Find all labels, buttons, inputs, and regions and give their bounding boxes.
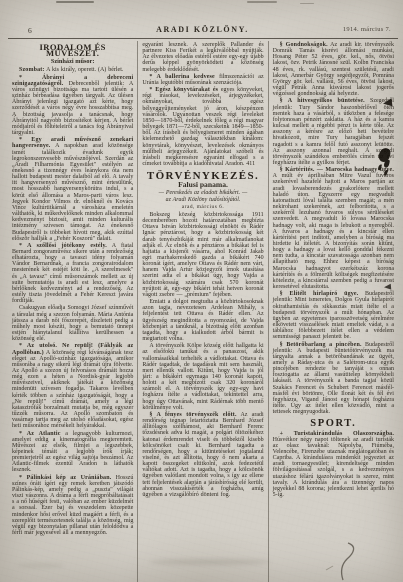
- header-rule: [8, 38, 398, 39]
- scan-smudge: [150, 559, 270, 565]
- column-middle: egyaránt lesznek. A szereplők Pallander …: [137, 41, 267, 582]
- issue-date: 1914. március 7.: [343, 26, 391, 33]
- article-paragraph: § Kártérítés. — Marocska hadnagy ügye. A…: [273, 167, 394, 290]
- section-title-irodalom: IRODALOM ÉS MŰVÉSZET.: [12, 44, 133, 56]
- column-right: § Gondnokságok. Az aradi kir. törvényszé…: [268, 41, 398, 582]
- article-paragraph: * Az Atlantic a legnagyobb kulturmozi, a…: [12, 431, 133, 474]
- ink-mark: [382, 98, 392, 107]
- article-paragraph: * Ábrányi a debreceni szinigazgatóságról…: [12, 75, 133, 137]
- masthead-title: ARADI KÖZLÖNY.: [10, 25, 395, 34]
- section-title-torvenykezes: TÖRVÉNYKEZÉS.: [142, 173, 263, 179]
- article-paragraph: Emiatt a dolgot megtudta a közbirtokosok…: [142, 299, 263, 342]
- article-subtitle: — Pereskedés az eladott bikákért. —: [142, 190, 263, 196]
- article-dateline: arad, március 6.: [142, 204, 263, 210]
- article-paragraph: * Pálinkási kép az Urániában. Hosszú szí…: [12, 475, 133, 537]
- article-byline: az Aradi Közlöny tudósítójától.: [142, 197, 263, 203]
- article-paragraph: § Gondnokságok. Az aradi kir. törvényszé…: [273, 42, 394, 97]
- theater-schedule: Szombat: A kis király, operett. (A) bérl…: [12, 67, 133, 73]
- article-paragraph: Bokszeg község közbirtokossága 1911 dece…: [142, 212, 263, 298]
- article-paragraph: * A szőllősi jótékony estély. A fiatal B…: [12, 243, 133, 305]
- scan-streak: [56, 1, 94, 3]
- article-paragraph: § Betörőbarlang a pincében. Budapestről …: [273, 342, 394, 416]
- article-paragraph: § Elítélt hírlapíró ügye. Budapestről je…: [273, 291, 394, 340]
- handwritten-mark: [318, 540, 380, 582]
- page-header: 6 ARADI KÖZLÖNY. 1914. március 7.: [10, 25, 395, 36]
- newspaper-page: 6 ARADI KÖZLÖNY. 1914. március 7. IRODAL…: [0, 0, 403, 582]
- article-paragraph: § A fényes törvényszék előtt. Az aradi r…: [142, 412, 263, 498]
- article-paragraph: * A ballerina kedvese filmszenzációi az …: [142, 74, 263, 86]
- article-title-falusi-panama: Falusi panama.: [142, 182, 263, 188]
- article-paragraph: Csakugyan előadja Somogyi József színműv…: [12, 305, 133, 342]
- column-layout: IRODALOM ÉS MŰVÉSZET. Színházi műsor: Sz…: [8, 41, 398, 582]
- scan-smudge: [18, 563, 64, 568]
- article-paragraph: A törvényszék Kölpe község előtt hallgat…: [142, 343, 263, 411]
- article-paragraph: + Turistakirándulás Olaszországba. Húsvé…: [273, 431, 394, 499]
- column-left: IRODALOM ÉS MŰVÉSZET. Színházi műsor: Sz…: [8, 41, 137, 582]
- classified-ad: * Egész könyvtárakat és egyes könyveket,…: [142, 87, 263, 167]
- ink-mark: [384, 284, 391, 291]
- section-title-sport: SPORT.: [273, 421, 394, 427]
- scan-streak: [300, 3, 314, 4]
- scan-streak: [247, 1, 277, 3]
- article-paragraph: § A hitvesgyilkos büntetése. Szegedről j…: [273, 98, 394, 166]
- article-paragraph: * Egy aradi művésznő zenekari hangversen…: [12, 137, 133, 242]
- article-paragraph: * Az utolsó. Ne repülj! (Fáklyák az Apol…: [12, 343, 133, 429]
- theater-program-heading: Színházi műsor:: [12, 59, 133, 65]
- continuation-paragraph: egyaránt lesznek. A szereplők Pallander …: [142, 42, 263, 73]
